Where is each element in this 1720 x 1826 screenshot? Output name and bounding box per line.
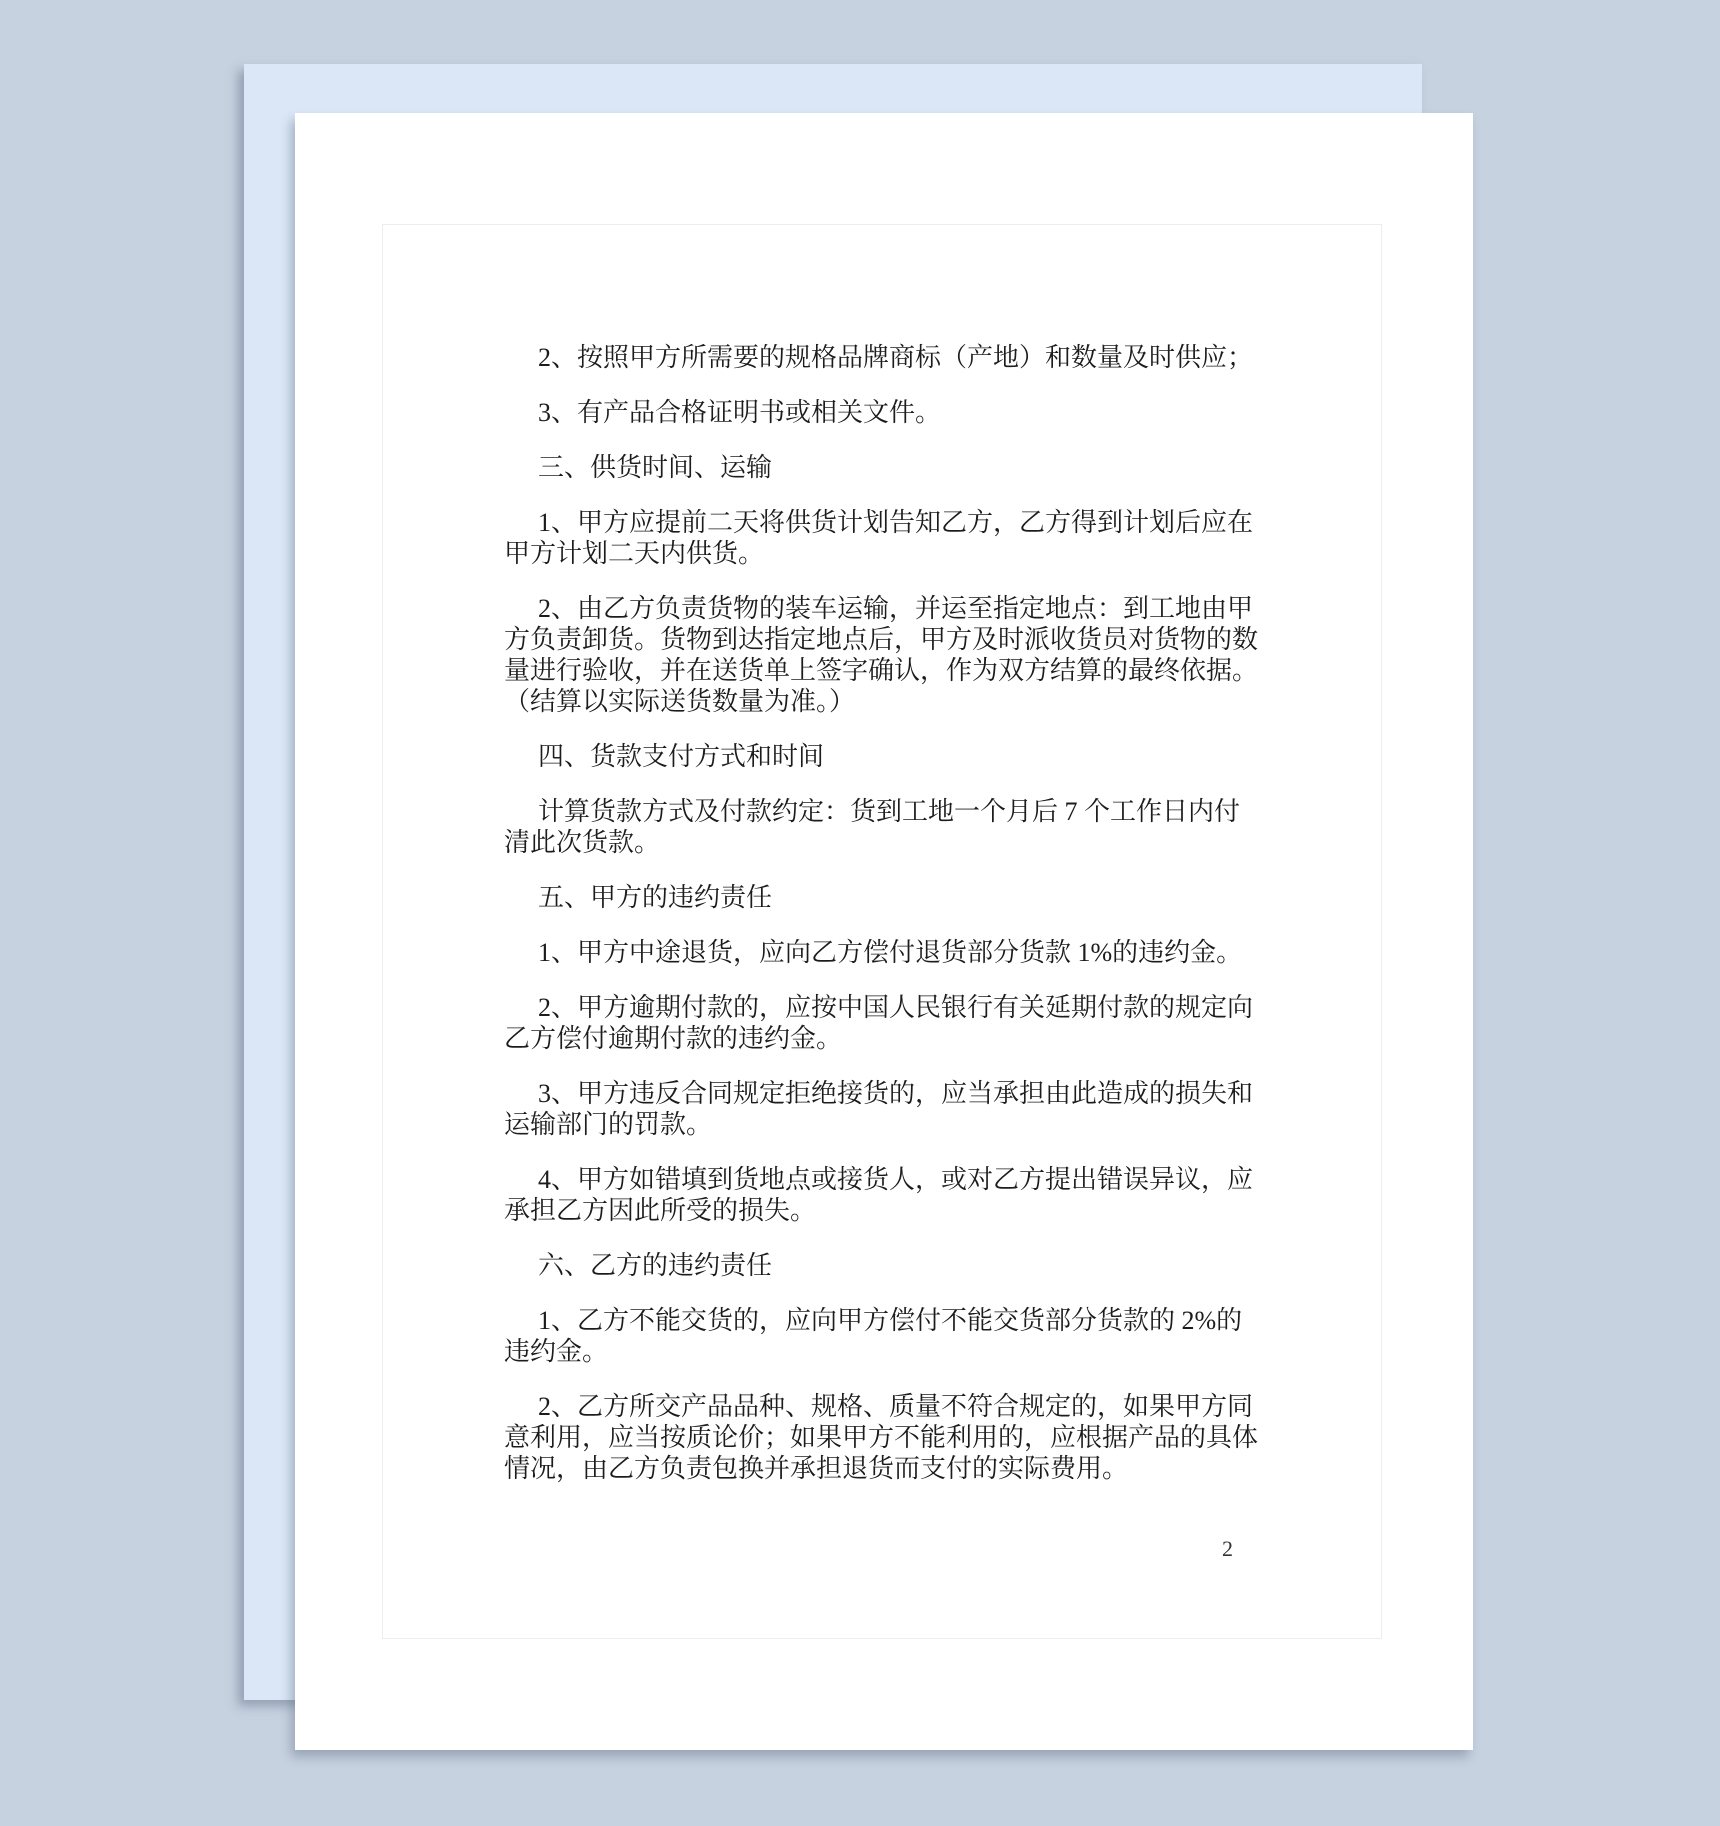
text-line: 计算货款方式及付款约定：货到工地一个月后 7 个工作日内付: [504, 796, 1294, 827]
paragraph: 四、货款支付方式和时间: [504, 741, 1294, 772]
text-line: 乙方偿付逾期付款的违约金。: [504, 1023, 1294, 1054]
text-line: 五、甲方的违约责任: [504, 882, 1294, 913]
text-line: 量进行验收，并在送货单上签字确认，作为双方结算的最终依据。: [504, 655, 1294, 686]
text-line: 1、甲方应提前二天将供货计划告知乙方，乙方得到计划后应在: [504, 507, 1294, 538]
text-line: 承担乙方因此所受的损失。: [504, 1195, 1294, 1226]
paragraph: 2、甲方逾期付款的，应按中国人民银行有关延期付款的规定向乙方偿付逾期付款的违约金…: [504, 992, 1294, 1054]
document-body: 2、按照甲方所需要的规格品牌商标（产地）和数量及时供应；3、有产品合格证明书或相…: [504, 342, 1294, 1484]
paragraph: 3、有产品合格证明书或相关文件。: [504, 397, 1294, 428]
paragraph: 计算货款方式及付款约定：货到工地一个月后 7 个工作日内付清此次货款。: [504, 796, 1294, 858]
text-line: 3、甲方违反合同规定拒绝接货的，应当承担由此造成的损失和: [504, 1078, 1294, 1109]
text-line: 2、乙方所交产品品种、规格、质量不符合规定的，如果甲方同: [504, 1391, 1294, 1422]
text-line: 1、乙方不能交货的，应向甲方偿付不能交货部分货款的 2%的: [504, 1305, 1294, 1336]
text-line: 甲方计划二天内供货。: [504, 538, 1294, 569]
text-line: 2、由乙方负责货物的装车运输，并运至指定地点：到工地由甲: [504, 593, 1294, 624]
text-line: 4、甲方如错填到货地点或接货人，或对乙方提出错误异议，应: [504, 1164, 1294, 1195]
text-line: （结算以实际送货数量为准。）: [504, 686, 1294, 717]
text-line: 3、有产品合格证明书或相关文件。: [504, 397, 1294, 428]
paragraph: 1、甲方中途退货，应向乙方偿付退货部分货款 1%的违约金。: [504, 937, 1294, 968]
paragraph: 1、乙方不能交货的，应向甲方偿付不能交货部分货款的 2%的违约金。: [504, 1305, 1294, 1367]
paragraph: 1、甲方应提前二天将供货计划告知乙方，乙方得到计划后应在甲方计划二天内供货。: [504, 507, 1294, 569]
page-number: 2: [1222, 1537, 1233, 1561]
text-line: 三、供货时间、运输: [504, 452, 1294, 483]
text-line: 违约金。: [504, 1336, 1294, 1367]
paragraph: 2、按照甲方所需要的规格品牌商标（产地）和数量及时供应；: [504, 342, 1294, 373]
paragraph: 五、甲方的违约责任: [504, 882, 1294, 913]
content-border-frame: 2、按照甲方所需要的规格品牌商标（产地）和数量及时供应；3、有产品合格证明书或相…: [382, 224, 1382, 1639]
text-line: 方负责卸货。货物到达指定地点后，甲方及时派收货员对货物的数: [504, 624, 1294, 655]
text-line: 意利用，应当按质论价；如果甲方不能利用的，应根据产品的具体: [504, 1422, 1294, 1453]
text-line: 2、甲方逾期付款的，应按中国人民银行有关延期付款的规定向: [504, 992, 1294, 1023]
text-line: 六、乙方的违约责任: [504, 1250, 1294, 1281]
paragraph: 三、供货时间、运输: [504, 452, 1294, 483]
paragraph: 4、甲方如错填到货地点或接货人，或对乙方提出错误异议，应承担乙方因此所受的损失。: [504, 1164, 1294, 1226]
text-line: 运输部门的罚款。: [504, 1109, 1294, 1140]
text-line: 1、甲方中途退货，应向乙方偿付退货部分货款 1%的违约金。: [504, 937, 1294, 968]
document-page: 2、按照甲方所需要的规格品牌商标（产地）和数量及时供应；3、有产品合格证明书或相…: [295, 113, 1473, 1750]
text-line: 情况，由乙方负责包换并承担退货而支付的实际费用。: [504, 1453, 1294, 1484]
paragraph: 3、甲方违反合同规定拒绝接货的，应当承担由此造成的损失和运输部门的罚款。: [504, 1078, 1294, 1140]
text-line: 2、按照甲方所需要的规格品牌商标（产地）和数量及时供应；: [504, 342, 1294, 373]
text-line: 清此次货款。: [504, 827, 1294, 858]
paragraph: 六、乙方的违约责任: [504, 1250, 1294, 1281]
paragraph: 2、由乙方负责货物的装车运输，并运至指定地点：到工地由甲方负责卸货。货物到达指定…: [504, 593, 1294, 717]
text-line: 四、货款支付方式和时间: [504, 741, 1294, 772]
paragraph: 2、乙方所交产品品种、规格、质量不符合规定的，如果甲方同意利用，应当按质论价；如…: [504, 1391, 1294, 1484]
